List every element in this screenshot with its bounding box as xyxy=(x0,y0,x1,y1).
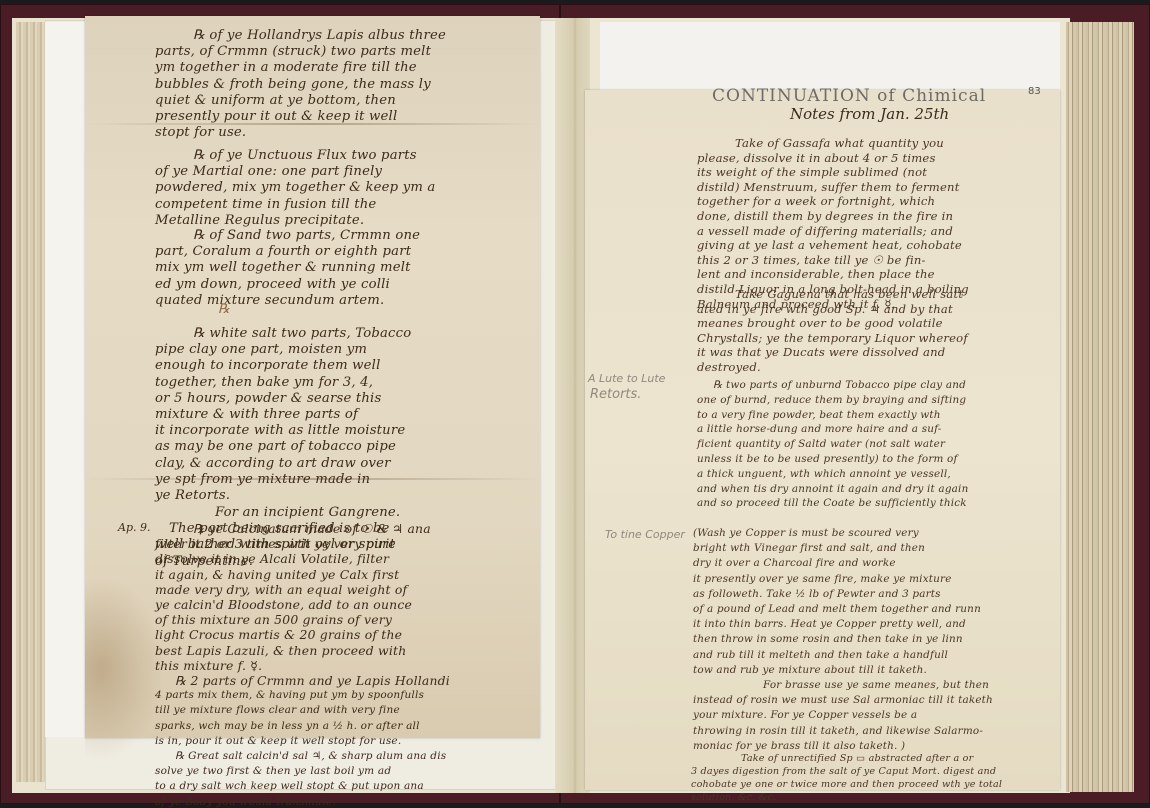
page-subtitle: Notes from Jan. 25th xyxy=(790,105,949,123)
page-edges-right xyxy=(1066,22,1134,792)
text-line: is in, pour it out & keep it well stopt … xyxy=(155,734,450,749)
text-line: competent time in fusion till the xyxy=(155,197,436,213)
text-line: then throw in some rosin and then take i… xyxy=(693,632,993,647)
text-line: a vessell made of differing materialls; … xyxy=(697,224,969,239)
text-line: quated mixture secundum artem. xyxy=(155,293,420,309)
text-line: part, Coralum a fourth or eighth part xyxy=(155,244,420,260)
text-line: ye Retorts. xyxy=(155,488,411,504)
text-line: (Wash ye Copper is must be scoured very xyxy=(693,526,993,541)
margin-note-retorts: Retorts. xyxy=(590,388,641,401)
text-line: 3 dayes digestion from the salt of ye Ca… xyxy=(691,765,1002,778)
text-line: and when tis dry annoint it again and dr… xyxy=(697,482,968,497)
text-line: parts, of Crmmn (struck) two parts melt xyxy=(155,44,525,60)
text-line: it incorporate with as little moisture xyxy=(155,423,411,439)
text-line: a little horse-dung and more haire and a… xyxy=(697,422,968,437)
text-line: bubbles & froth being gone, the mass ly xyxy=(155,77,525,93)
left-recipe-symbol: ℞ xyxy=(218,302,230,318)
left-paragraph-4: ℞ white salt two parts, Tobacco pipe cla… xyxy=(155,326,411,504)
text-line: Take of Gassafa what quantity you xyxy=(697,136,969,151)
text-line: meanes brought over to be good volatile xyxy=(697,316,968,331)
text-line: pipe clay one part, moisten ym xyxy=(155,342,411,358)
text-line: and so proceed till the Coate be suffici… xyxy=(697,496,968,511)
text-line: powdered, mix ym together & keep ym a xyxy=(155,180,436,196)
text-line: one of burnd, reduce them by braying and… xyxy=(697,393,968,408)
right-paragraph-5: Take of unrectified Sp ▭ abstracted afte… xyxy=(691,752,1002,804)
text-line: 4 parts mix them, & having put ym by spo… xyxy=(155,688,450,703)
text-line: to a very fine powder, beat them exactly… xyxy=(697,408,968,423)
white-card xyxy=(600,22,1060,90)
text-line: filter it 2 or 3 times wth ye very pure xyxy=(155,536,450,551)
text-line: your mixture. For ye Copper vessels be a xyxy=(693,708,993,723)
text-line: dissolve it in ye Alcali Volatile, filte… xyxy=(155,551,450,566)
text-line: solve ye two first & then ye last boil y… xyxy=(155,764,450,779)
text-line: sparks, wch may be in less yn a ½ h. or … xyxy=(155,719,450,734)
recipe-symbol: ℞ xyxy=(218,302,230,318)
text-line: till ye mixture flows clear and with ver… xyxy=(155,703,450,718)
text-line: best Lapis Lazuli, & then proceed with xyxy=(155,643,450,658)
text-line: throwing in rosin till it taketh, and li… xyxy=(693,724,993,739)
text-line: destroyed. xyxy=(697,360,968,375)
text-line: ℞ of ye Hollandrys Lapis albus three xyxy=(155,28,525,44)
text-line: of ye Body you would transmute. xyxy=(155,795,450,808)
text-line: as followeth. Take ½ lb of Pewter and 3 … xyxy=(693,587,993,602)
left-paragraph-6: ℞ ye Calcinatum made of ☉ & ♃ ana filter… xyxy=(155,521,450,808)
water-stain xyxy=(85,576,165,761)
text-line: it presently over ye same fire, make ye … xyxy=(693,572,993,587)
text-line: ℞ of Sand two parts, Crmmn one xyxy=(155,228,420,244)
margin-note-tine-copper: To tine Copper xyxy=(605,528,685,541)
text-line: a thick unguent, wth which annoint ye ve… xyxy=(697,467,968,482)
text-line: done, distill them by degrees in the fir… xyxy=(697,209,969,224)
text-line: to a dry salt wch keep well stopt & put … xyxy=(155,779,450,794)
text-line: and rub till it melteth and then take a … xyxy=(693,648,993,663)
left-paragraph-3: ℞ of Sand two parts, Crmmn one part, Cor… xyxy=(155,228,420,309)
text-line: quiet & uniform at ye bottom, then xyxy=(155,93,525,109)
text-line: ficient quantity of Saltd water (not sal… xyxy=(697,437,968,452)
margin-date-note: Ap. 9. xyxy=(118,521,150,534)
text-line: ℞ ye Calcinatum made of ☉ & ♃ ana xyxy=(155,521,450,536)
text-line: bright wth Vinegar first and salt, and t… xyxy=(693,541,993,556)
text-line: of this mixture an 500 grains of very xyxy=(155,612,450,627)
text-line: made very dry, with an equal weight of xyxy=(155,582,450,597)
text-line: mix ym well together & running melt xyxy=(155,260,420,276)
text-line: presently pour it out & keep it well xyxy=(155,109,525,125)
text-line: of a pound of Lead and melt them togethe… xyxy=(693,602,993,617)
right-paragraph-2: Take Gaguena that has been well satt ate… xyxy=(697,287,968,375)
left-paragraph-2: ℞ of ye Unctuous Flux two parts of ye Ma… xyxy=(155,148,436,229)
text-line: Take of unrectified Sp ▭ abstracted afte… xyxy=(691,752,1002,765)
text-line: ye spt from ye mixture made in xyxy=(155,472,411,488)
text-line: solution. &c. &c. xyxy=(691,791,1002,804)
text-line: dry it over a Charcoal fire and worke xyxy=(693,556,993,571)
right-paragraph-3: ℞ two parts of unburnd Tobacco pipe clay… xyxy=(697,378,968,511)
folio-number: 83 xyxy=(1028,86,1041,97)
text-line: cohobate ye one or twice more and then p… xyxy=(691,778,1002,791)
text-line: this mixture f. ☿. xyxy=(155,658,450,673)
text-line: ated in ye fire wth good Sp. ♃ and by th… xyxy=(697,302,968,317)
right-paragraph-1: Take of Gassafa what quantity you please… xyxy=(697,136,969,311)
text-line: this 2 or 3 times, take till ye ☉ be fin… xyxy=(697,253,969,268)
text-line: distild) Menstruum, suffer them to ferme… xyxy=(697,180,969,195)
text-line: stopt for use. xyxy=(155,125,525,141)
text-line: unless it be to be used presently) to th… xyxy=(697,452,968,467)
section-heading: For an incipient Gangrene. xyxy=(155,505,400,521)
text-line: ℞ white salt two parts, Tobacco xyxy=(155,326,411,342)
text-line: or 5 hours, powder & searse this xyxy=(155,391,411,407)
text-line: ℞ 2 parts of Crmmn and ye Lapis Hollandi xyxy=(155,673,450,688)
left-paragraph-1: ℞ of ye Hollandrys Lapis albus three par… xyxy=(155,28,525,141)
text-line: it into thin barrs. Heat ye Copper prett… xyxy=(693,617,993,632)
text-line: enough to incorporate them well xyxy=(155,358,411,374)
margin-note-lute: A Lute to Lute xyxy=(588,372,665,385)
page-title: CONTINUATION of Chimical xyxy=(712,86,986,106)
text-line: ℞ Great salt calcin'd sal ♃, & sharp alu… xyxy=(155,749,450,764)
page-edges-left xyxy=(16,22,46,782)
text-line: it again, & having united ye Calx first xyxy=(155,567,450,582)
right-paragraph-4: (Wash ye Copper is must be scoured very … xyxy=(693,526,993,754)
text-line: lent and inconsiderable, then place the xyxy=(697,267,969,282)
text-line: ye calcin'd Bloodstone, add to an ounce xyxy=(155,597,450,612)
text-line: tow and rub ye mixture about till it tak… xyxy=(693,663,993,678)
text-line: ym together in a moderate fire till the xyxy=(155,60,525,76)
text-line: together, then bake ym for 3, 4, xyxy=(155,375,411,391)
text-line: of ye Martial one: one part finely xyxy=(155,164,436,180)
text-line: giving at ye last a vehement heat, cohob… xyxy=(697,238,969,253)
text-line: it was that ye Ducats were dissolved and xyxy=(697,345,968,360)
text-line: its weight of the simple sublimed (not xyxy=(697,165,969,180)
text-line: together for a week or fortnight, which xyxy=(697,194,969,209)
text-line: clay, & according to art draw over xyxy=(155,456,411,472)
text-line: light Crocus martis & 20 grains of the xyxy=(155,627,450,642)
text-line: Chrystalls; ye the temporary Liquor wher… xyxy=(697,331,968,346)
white-strip-left xyxy=(45,22,85,737)
text-line: ed ym down, proceed with ye colli xyxy=(155,277,420,293)
text-line: as may be one part of tobacco pipe xyxy=(155,439,411,455)
text-line: For brasse use ye same meanes, but then xyxy=(693,678,993,693)
text-line: mixture & with three parts of xyxy=(155,407,411,423)
text-line: Take Gaguena that has been well satt xyxy=(697,287,968,302)
text-line: ℞ of ye Unctuous Flux two parts xyxy=(155,148,436,164)
text-line: ℞ two parts of unburnd Tobacco pipe clay… xyxy=(697,378,968,393)
text-line: instead of rosin we must use Sal armonia… xyxy=(693,693,993,708)
text-line: please, dissolve it in about 4 or 5 time… xyxy=(697,151,969,166)
text-line: Metalline Regulus precipitate. xyxy=(155,213,436,229)
